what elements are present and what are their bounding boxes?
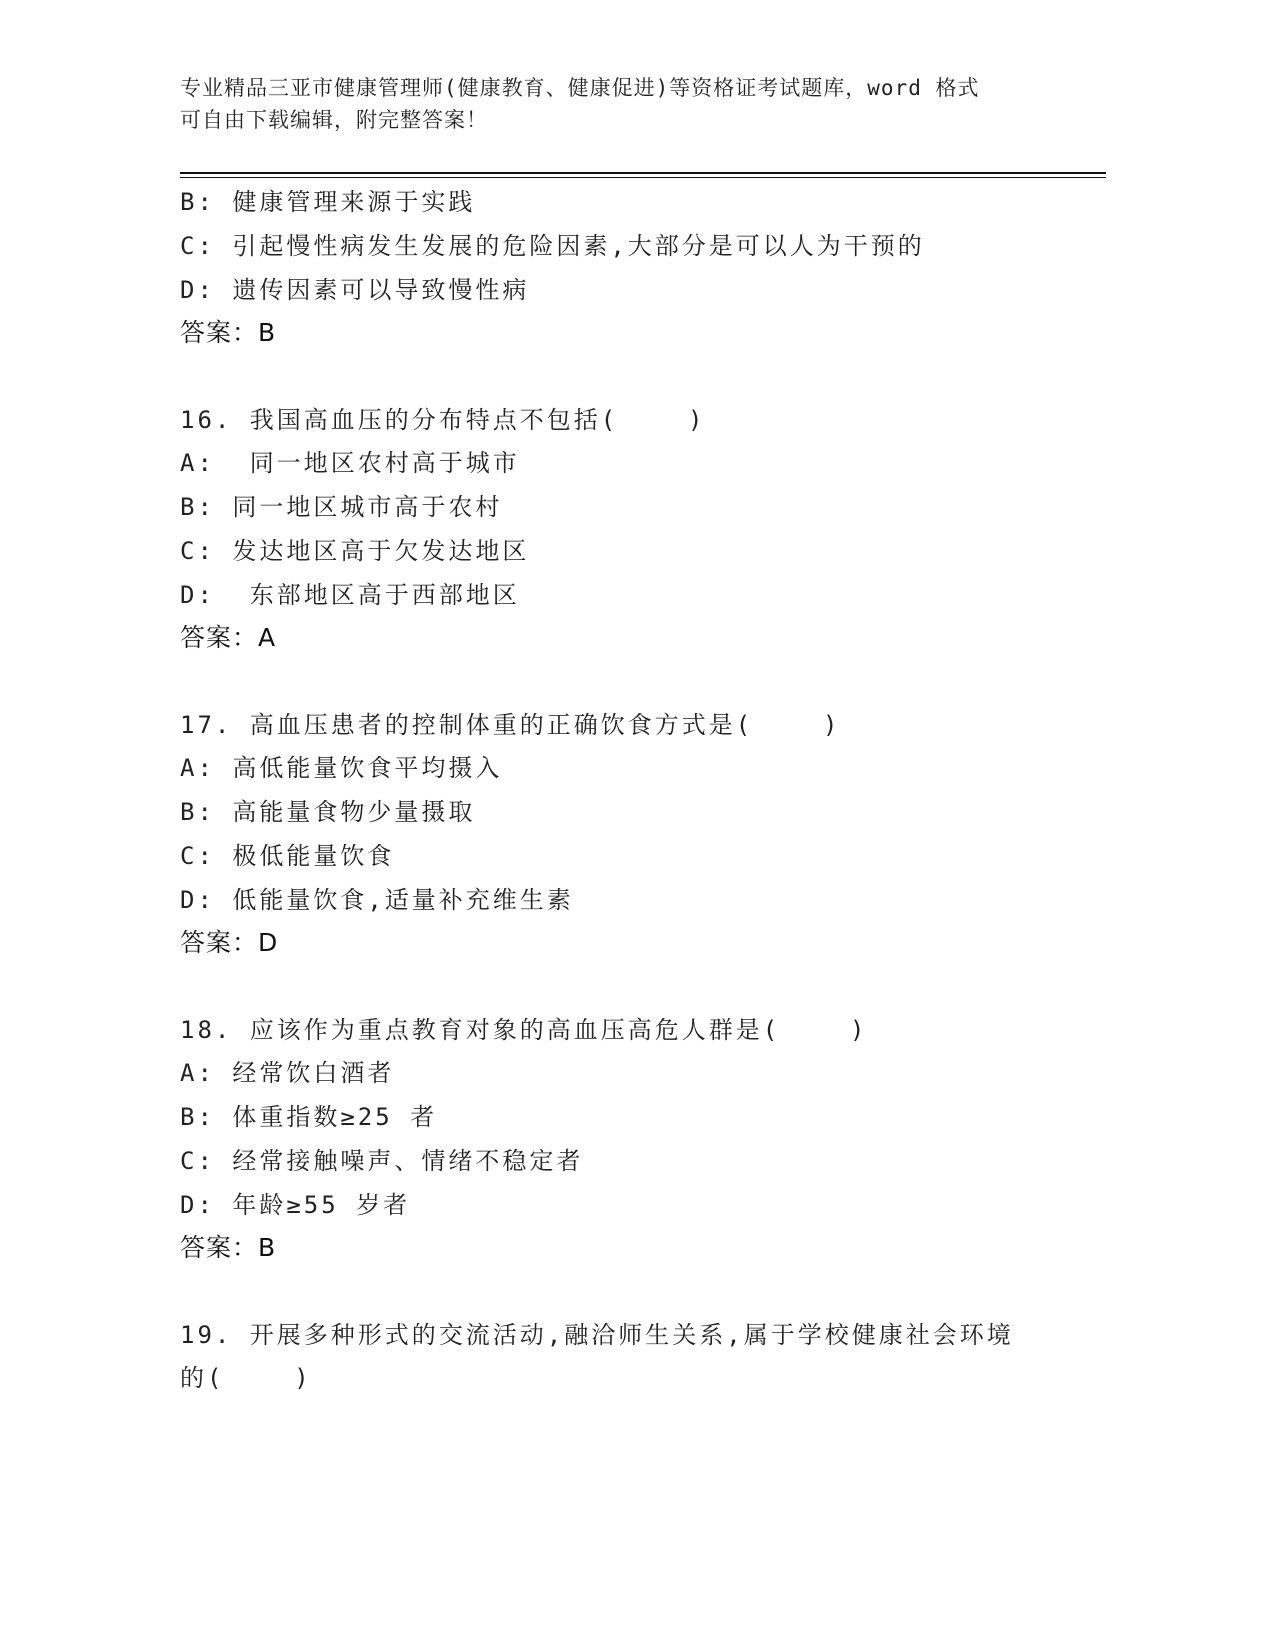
header-rule-thick [180,172,1106,174]
option-b: B: 健康管理来源于实践 [180,187,475,217]
option-c: C: 经常接触噪声、情绪不稳定者 [180,1146,583,1176]
header-rule-thin [180,177,1106,178]
answer: 答案：B [180,1233,276,1263]
question-19-stem-line-1: 19. 开展多种形式的交流活动,融洽师生关系,属于学校健康社会环境 [180,1320,1014,1350]
question-17-stem: 17. 高血压患者的控制体重的正确饮食方式是( ) [180,710,841,740]
header-line-1: 专业精品三亚市健康管理师(健康教育、健康促进)等资格证考试题库，word 格式 [180,72,1040,104]
question-16-stem: 16. 我国高血压的分布特点不包括( ) [180,405,706,435]
option-d: D: 年龄≥55 岁者 [180,1190,410,1220]
option-d: D: 东部地区高于西部地区 [180,580,520,610]
option-b: B: 高能量食物少量摄取 [180,797,475,827]
option-c: C: 发达地区高于欠发达地区 [180,536,529,566]
option-d: D: 遗传因素可以导致慢性病 [180,275,529,305]
answer: 答案：B [180,318,276,348]
option-d: D: 低能量饮食,适量补充维生素 [180,885,574,915]
option-c: C: 引起慢性病发生发展的危险因素,大部分是可以人为干预的 [180,231,925,261]
option-a: A: 同一地区农村高于城市 [180,448,520,478]
answer: 答案：D [180,928,278,958]
option-a: A: 高低能量饮食平均摄入 [180,753,502,783]
question-18-stem: 18. 应该作为重点教育对象的高血压高危人群是( ) [180,1015,868,1045]
question-19-stem-line-2: 的( ) [180,1363,312,1393]
answer: 答案：A [180,623,276,653]
header-line-2: 可自由下载编辑，附完整答案！ [180,104,1040,136]
option-c: C: 极低能量饮食 [180,841,394,871]
option-b: B: 体重指数≥25 者 [180,1102,437,1132]
option-b: B: 同一地区城市高于农村 [180,492,502,522]
document-header: 专业精品三亚市健康管理师(健康教育、健康促进)等资格证考试题库，word 格式 … [180,72,1040,136]
option-a: A: 经常饮白酒者 [180,1058,394,1088]
